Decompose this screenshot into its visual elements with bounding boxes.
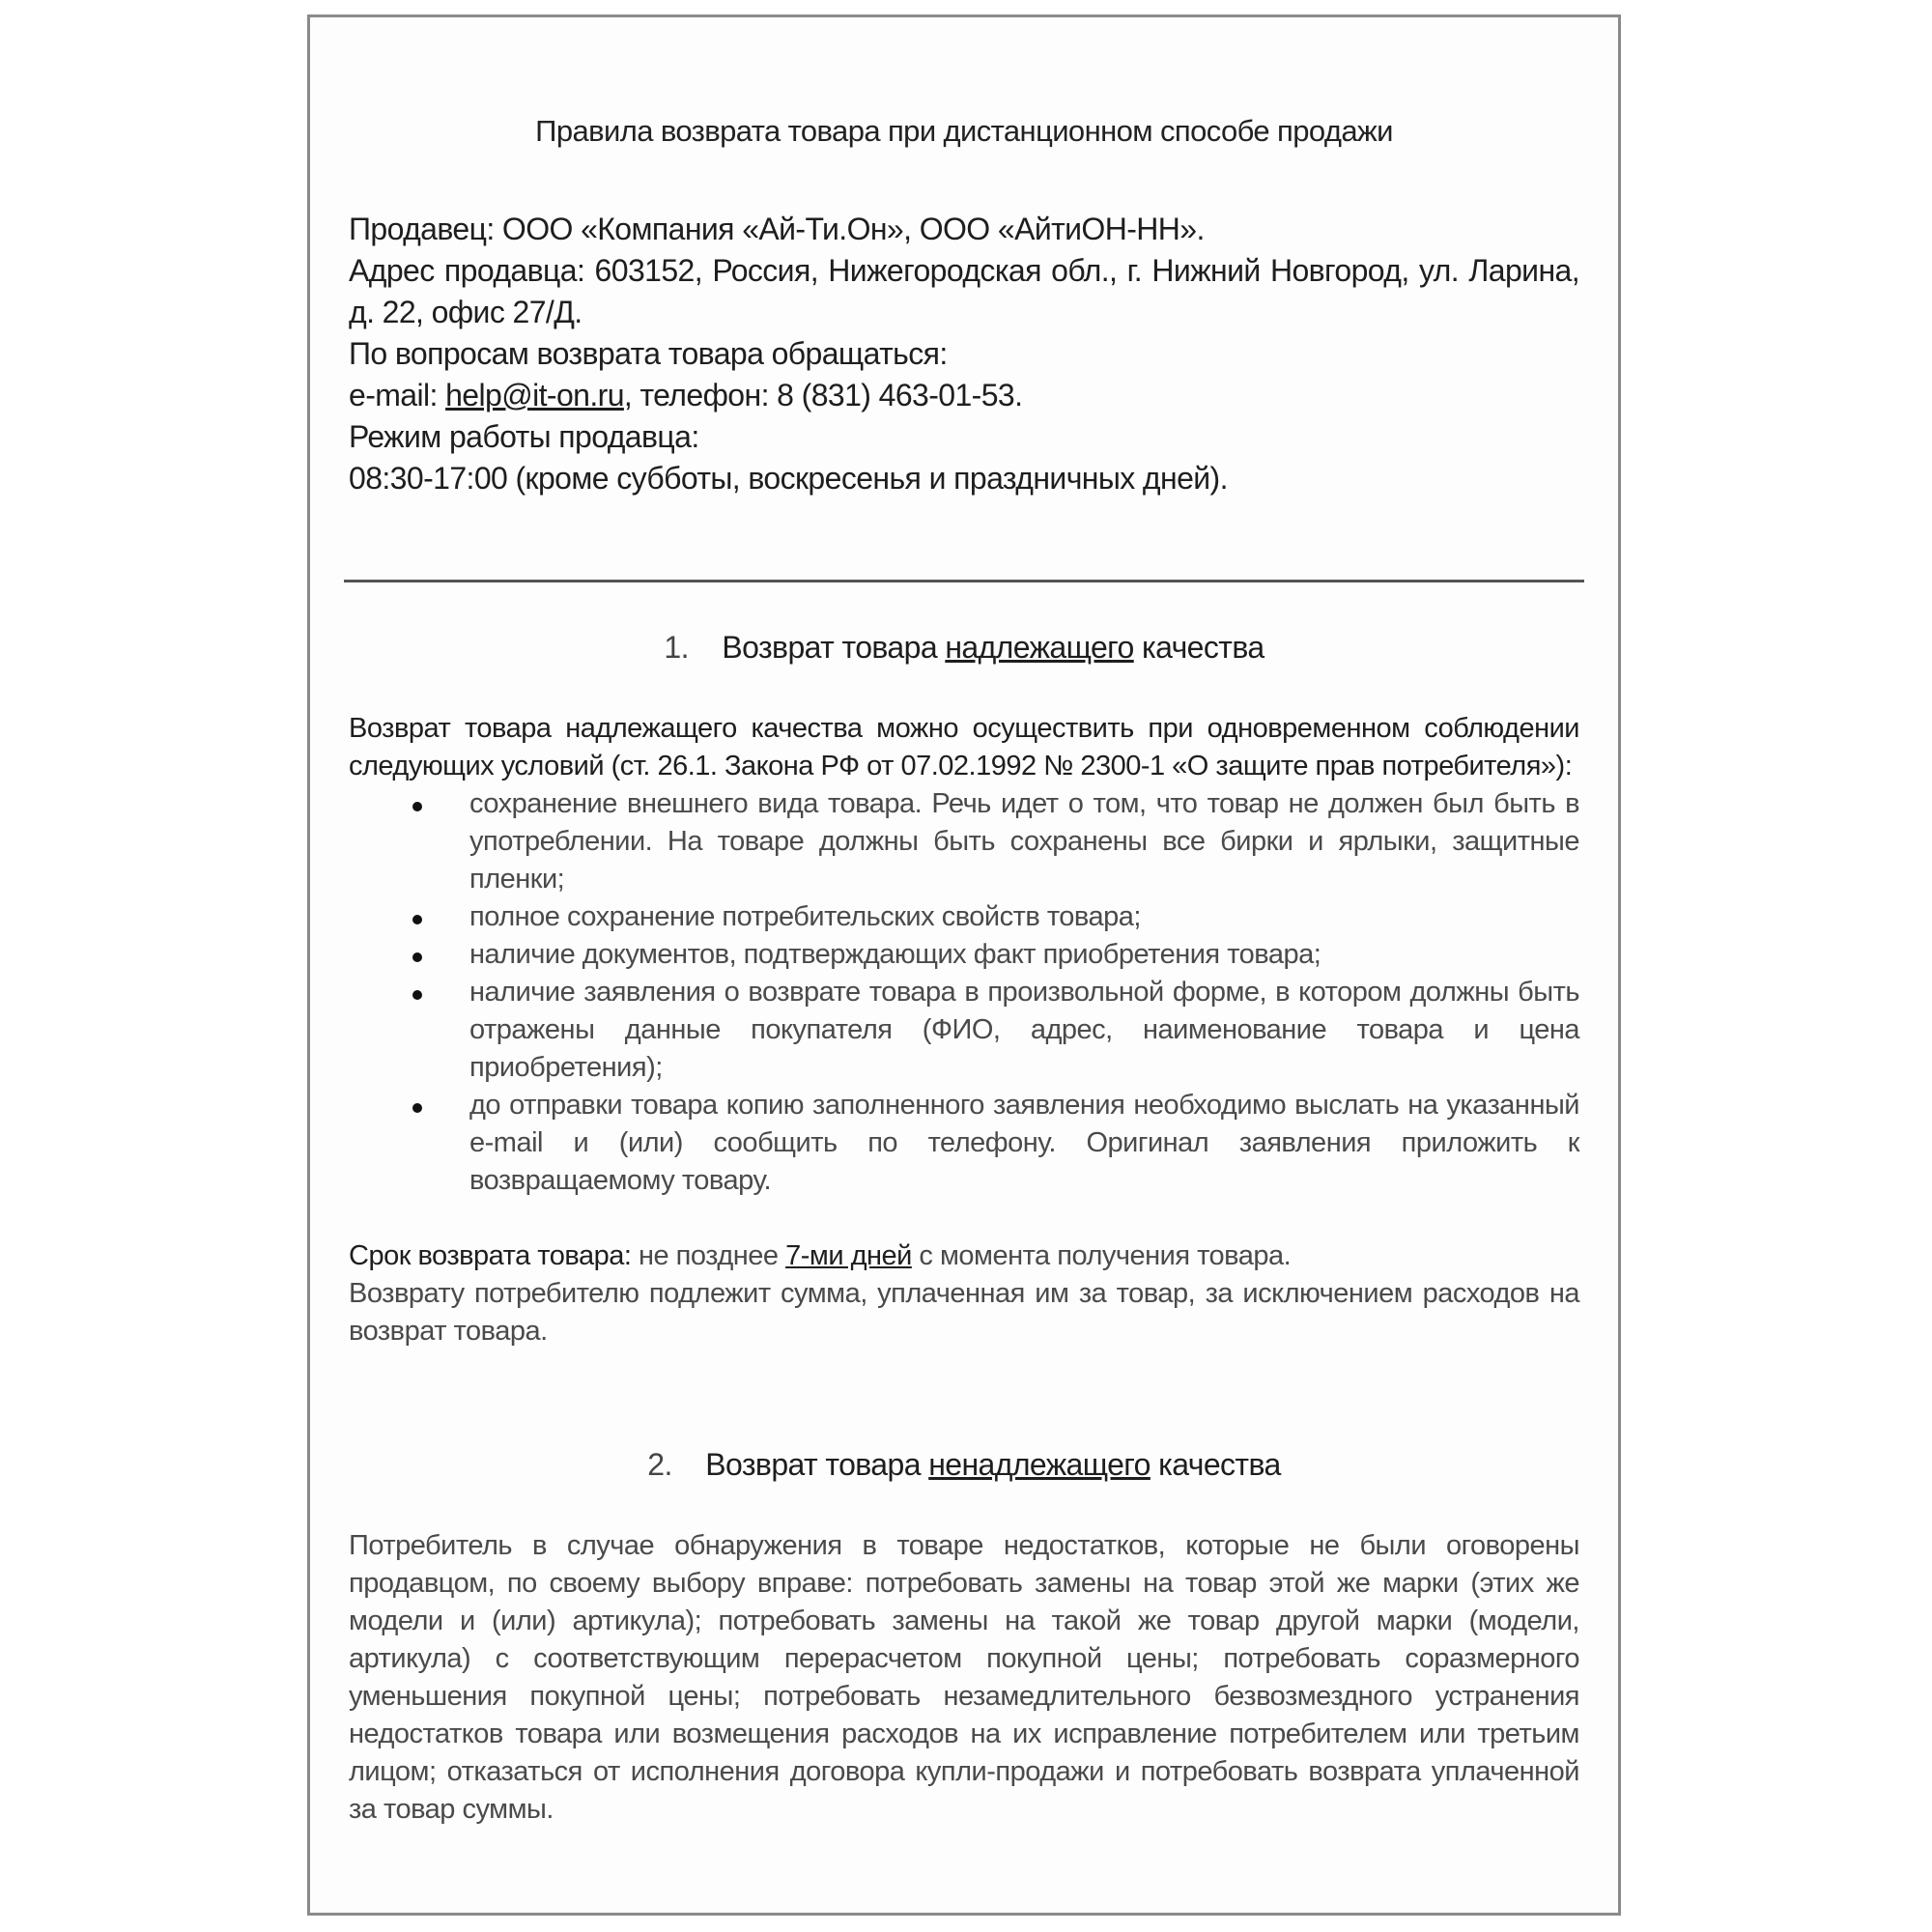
conditions-list: сохранение внешнего вида товара. Речь ид… (349, 785, 1579, 1200)
term-days: 7-ми дней (785, 1240, 912, 1271)
section-1-intro: Возврат товара надлежащего качества можн… (349, 710, 1579, 785)
seller-line: Продавец: ООО «Компания «Ай-Ти.Он», ООО … (349, 209, 1579, 250)
section-1-body: Возврат товара надлежащего качества можн… (349, 710, 1579, 1350)
heading-underlined: надлежащего (945, 630, 1133, 665)
email-label: e-mail: (349, 378, 445, 412)
contact-line: e-mail: help@it-on.ru, телефон: 8 (831) … (349, 375, 1579, 416)
section-divider (344, 580, 1584, 582)
hours-label: Режим работы продавца: (349, 416, 1579, 458)
return-term: Срок возврата товара: не позднее 7-ми дн… (349, 1237, 1579, 1275)
condition-item: наличие документов, подтверждающих факт … (349, 936, 1579, 974)
condition-text: наличие документов, подтверждающих факт … (469, 939, 1321, 970)
condition-item: сохранение внешнего вида товара. Речь ид… (349, 785, 1579, 898)
document-page: Правила возврата товара при дистанционно… (307, 14, 1621, 1916)
section-2-body: Потребитель в случае обнаружения в товар… (349, 1527, 1579, 1829)
document-title: Правила возврата товара при дистанционно… (349, 114, 1579, 149)
condition-item: полное сохранение потребительских свойст… (349, 898, 1579, 936)
seller-address: Адрес продавца: 603152, Россия, Нижегоро… (349, 250, 1579, 333)
section-2-number: 2. (647, 1447, 705, 1483)
term-label: Срок возврата товара: (349, 1240, 631, 1271)
contact-intro: По вопросам возврата товара обращаться: (349, 333, 1579, 375)
condition-item: до отправки товара копию заполненного за… (349, 1087, 1579, 1200)
condition-text: до отправки товара копию заполненного за… (469, 1090, 1579, 1196)
term-text: с момента получения товара. (912, 1240, 1291, 1271)
section-1-heading: 1.Возврат товара надлежащего качества (349, 630, 1579, 666)
condition-text: наличие заявления о возврате товара в пр… (469, 977, 1579, 1083)
section-2-text: Потребитель в случае обнаружения в товар… (349, 1527, 1579, 1829)
condition-text: сохранение внешнего вида товара. Речь ид… (469, 788, 1579, 895)
condition-text: полное сохранение потребительских свойст… (469, 901, 1141, 932)
term-text: не позднее (631, 1240, 785, 1271)
bullet-icon (412, 915, 422, 924)
heading-underlined: ненадлежащего (928, 1447, 1151, 1482)
email-link[interactable]: help@it-on.ru (445, 378, 624, 412)
heading-text: Возврат товара (705, 1447, 928, 1482)
bullet-icon (412, 1103, 422, 1113)
section-2-heading: 2.Возврат товара ненадлежащего качества (349, 1447, 1579, 1483)
refund-note: Возврату потребителю подлежит сумма, упл… (349, 1275, 1579, 1350)
condition-item: наличие заявления о возврате товара в пр… (349, 974, 1579, 1087)
seller-info: Продавец: ООО «Компания «Ай-Ти.Он», ООО … (349, 209, 1579, 499)
heading-text: качества (1151, 1447, 1281, 1482)
working-hours: 08:30-17:00 (кроме субботы, воскресенья … (349, 458, 1579, 499)
phone-text: , телефон: 8 (831) 463-01-53. (624, 378, 1023, 412)
heading-text: Возврат товара (722, 630, 945, 665)
bullet-icon (412, 952, 422, 962)
section-1-number: 1. (664, 630, 722, 666)
bullet-icon (412, 802, 422, 811)
bullet-icon (412, 990, 422, 1000)
heading-text: качества (1134, 630, 1264, 665)
